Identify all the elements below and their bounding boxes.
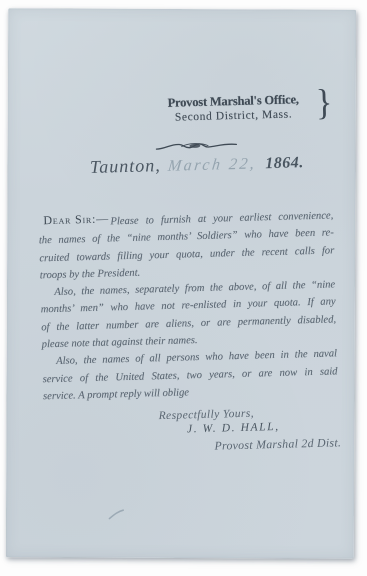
letterhead: Provost Marshal's Office, Second Distric…	[152, 92, 315, 124]
flourish-ornament-icon	[155, 138, 237, 154]
photo-background: Provost Marshal's Office, Second Distric…	[0, 0, 367, 576]
letterhead-brace: }	[315, 83, 332, 124]
dateline: Taunton, March 22, 1864.	[90, 151, 304, 178]
dateline-place: Taunton,	[90, 155, 161, 178]
pencil-mark	[107, 508, 125, 520]
letter-body: Please to furnish at your earliest conve…	[38, 207, 338, 405]
signer-title: Provost Marshal 2d Dist.	[214, 435, 341, 453]
dateline-year: 1864.	[265, 154, 304, 173]
letter-content: Provost Marshal's Office, Second Distric…	[0, 0, 362, 557]
valediction: Respectfully Yours,	[159, 408, 255, 423]
dateline-handwritten-date: March 22,	[167, 155, 258, 175]
signature: J. W. D. HALL,	[187, 421, 280, 436]
letter-paper: Provost Marshal's Office, Second Distric…	[6, 8, 356, 559]
